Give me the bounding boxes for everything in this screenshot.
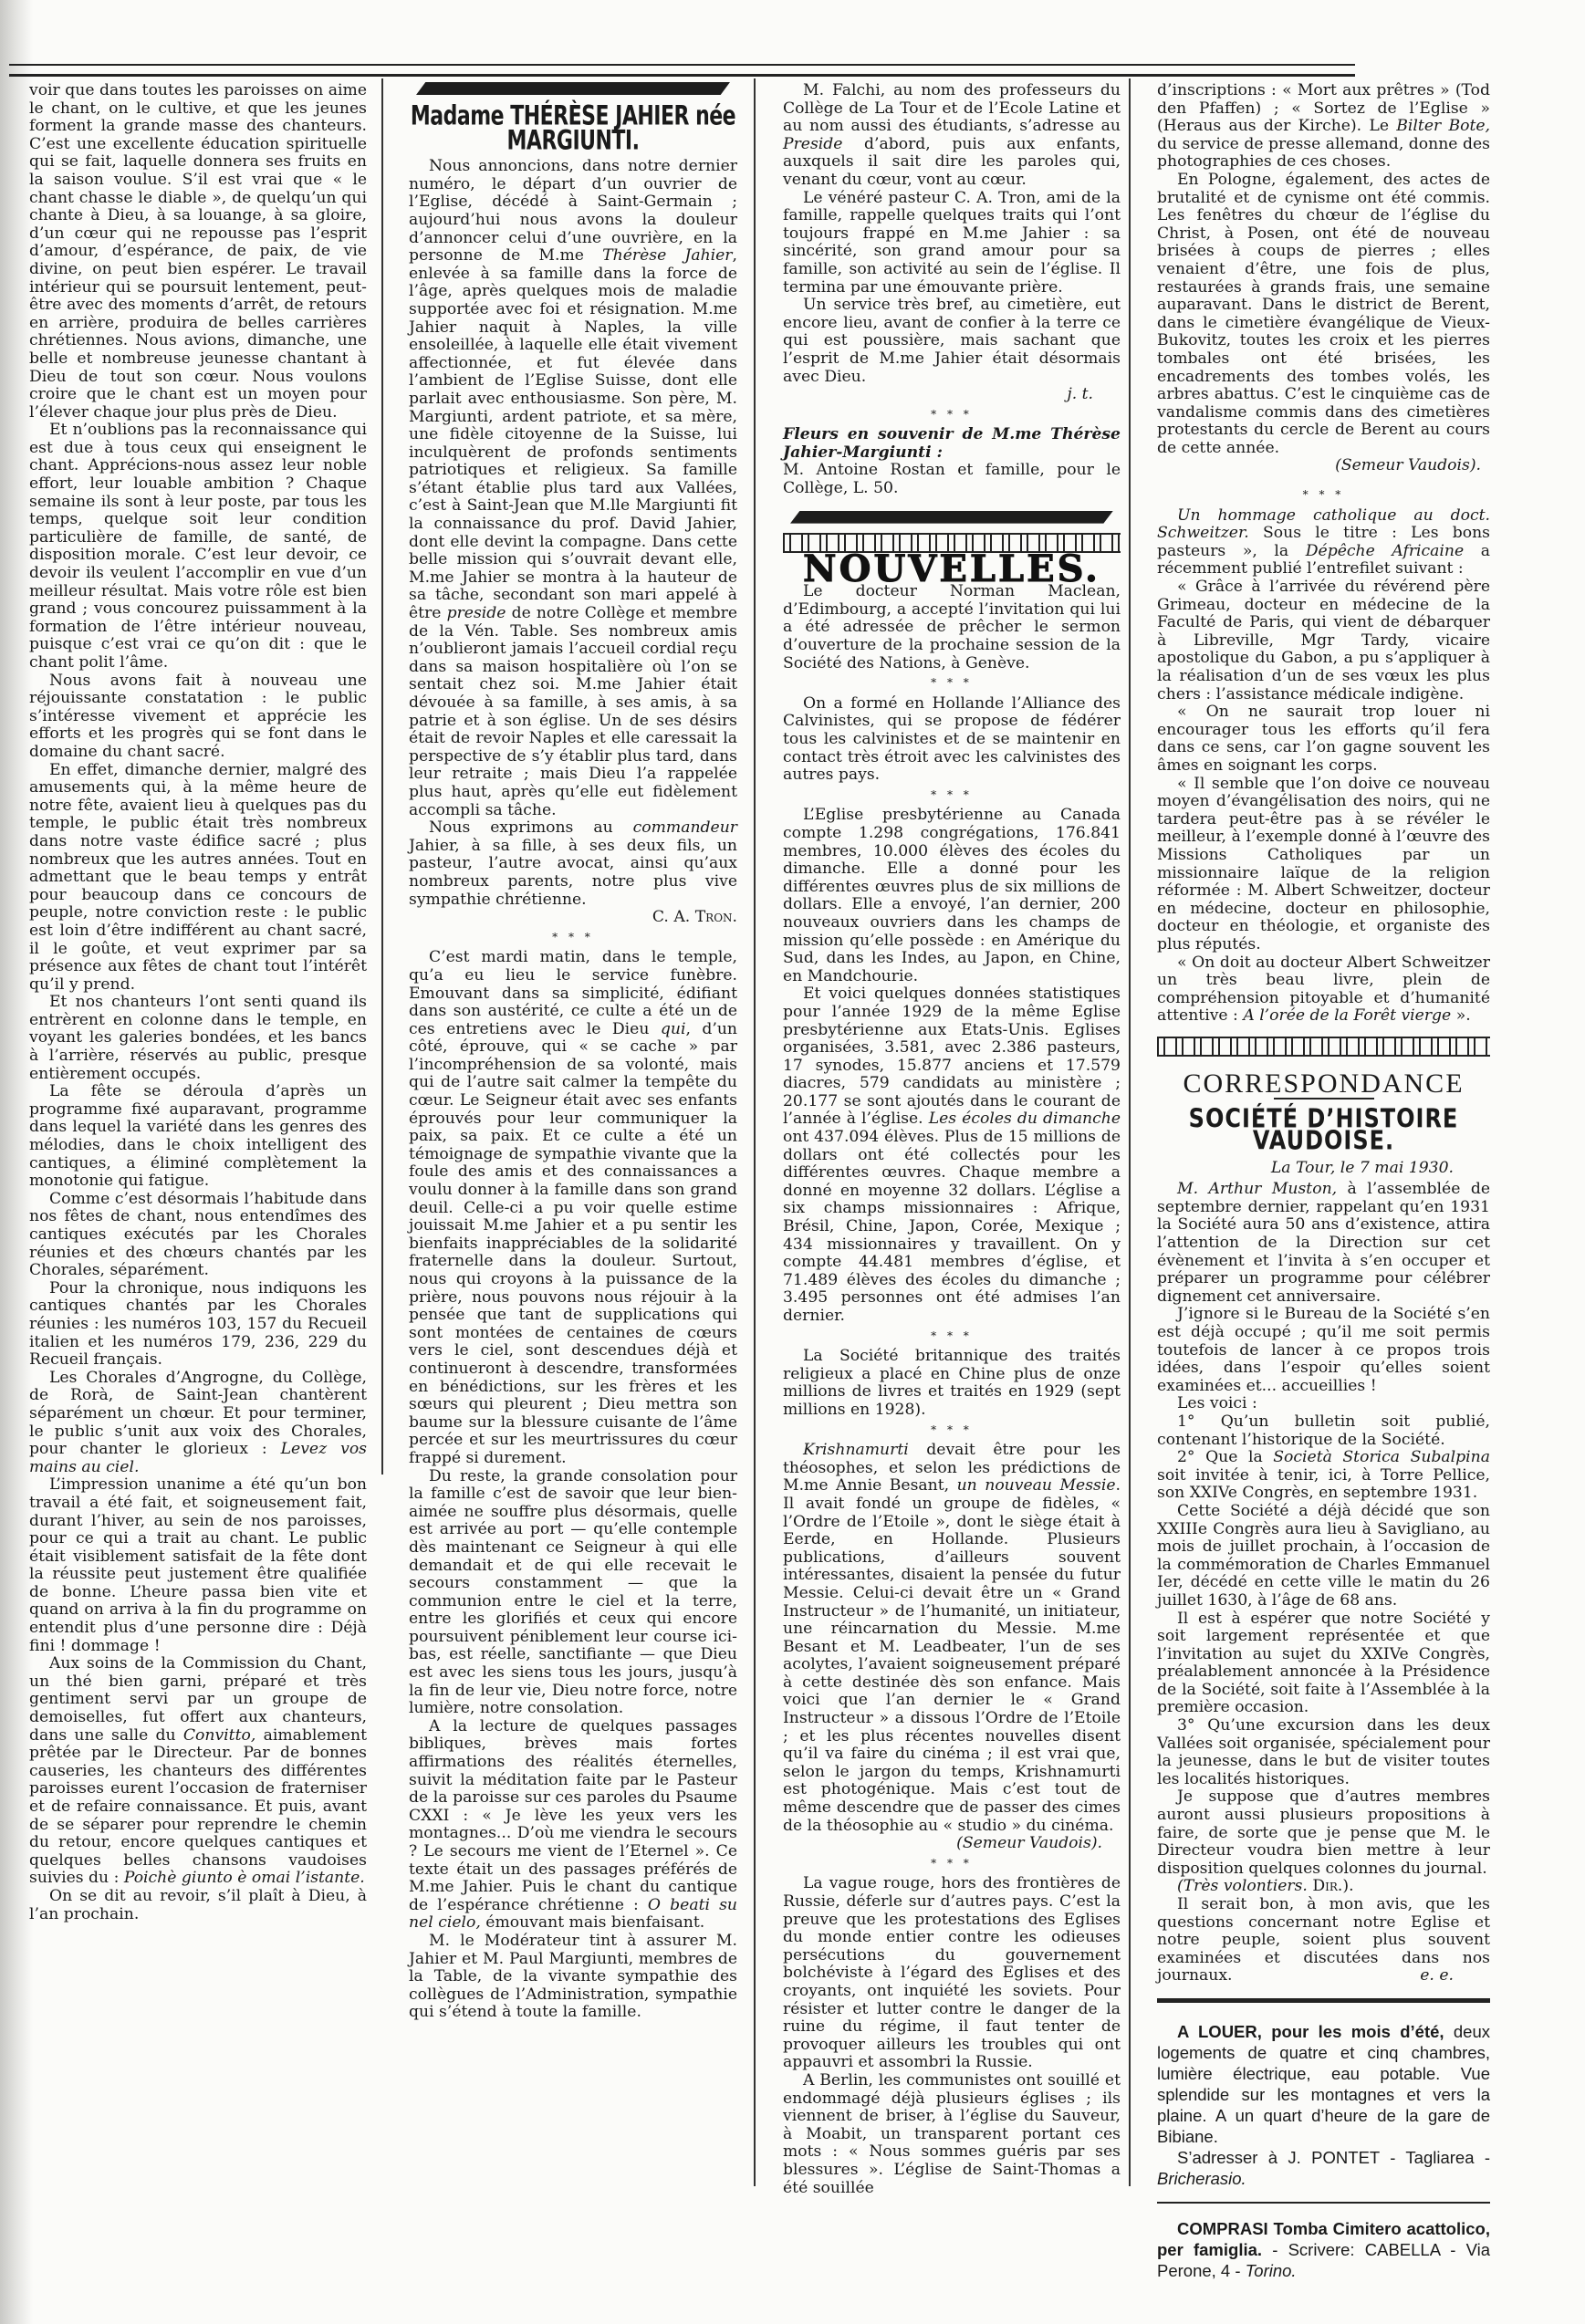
paragraph: On se dit au revoir, s’il plaît à Dieu, … xyxy=(29,1888,367,1923)
news-item: L’Eglise presbytérienne au Canada compte… xyxy=(783,807,1121,985)
quote-paragraph: « On ne saurait trop louer ni encourager… xyxy=(1157,703,1490,775)
quote-paragraph: « Il semble que l’on doive ce nouveau mo… xyxy=(1157,776,1490,954)
quote-paragraph: « On doit au docteur Albert Schweitzer u… xyxy=(1157,954,1490,1026)
scan-edge-shadow xyxy=(0,0,33,2324)
column-4-correspondance: d’inscriptions : « Mort aux prêtres » (T… xyxy=(1157,82,1490,2281)
news-item: La Société britannique des traités relig… xyxy=(783,1348,1121,1419)
text: ont 437.094 élèves. Plus de 15 millions … xyxy=(783,1128,1121,1325)
text: M. Falchi, au nom des professeurs du Col… xyxy=(783,81,1121,135)
society-heading: SOCIÉTÉ D’HISTOIRE VAUDOISE. xyxy=(1157,1110,1490,1152)
paragraph: Comme c’est désormais l’habitude dans no… xyxy=(29,1191,367,1280)
signature: j. t. xyxy=(783,386,1121,404)
paragraph: A la lecture de quelques passages bibliq… xyxy=(409,1718,737,1933)
column-3-nouvelles: M. Falchi, au nom des professeurs du Col… xyxy=(783,82,1121,2197)
paragraph: Un hommage catholique au doct. Schweitze… xyxy=(1157,507,1490,578)
paragraph: voir que dans toutes les paroisses on ai… xyxy=(29,82,367,422)
paragraph: Et n’oublions pas la reconnaissance qui … xyxy=(29,422,367,672)
dateline: La Tour, le 7 mai 1930. xyxy=(1157,1160,1490,1178)
news-item: Le docteur Norman Maclean, d’Edimbourg, … xyxy=(783,583,1121,672)
news-item: Et voici quelques données statistiques p… xyxy=(783,985,1121,1325)
page-top-rule xyxy=(9,64,1355,77)
asterism-separator: * * * xyxy=(783,1422,1121,1440)
asterism-separator: * * * xyxy=(783,787,1121,805)
letter-paragraph: Cette Société a déjà décidé que son XXII… xyxy=(1157,1503,1490,1610)
society-name: Società Storica Subalpina xyxy=(1273,1448,1490,1466)
asterism-separator: * * * xyxy=(1157,486,1490,505)
quote-paragraph: « Grâce à l’arrivée du révérend père Gri… xyxy=(1157,578,1490,703)
paragraph: L’impression unanime a été qu’un bon tra… xyxy=(29,1476,367,1655)
place-name: Torino. xyxy=(1246,2261,1297,2280)
paragraph: Nous avons fait à nouveau une réjouissan… xyxy=(29,672,367,762)
column-divider-3 xyxy=(1129,78,1131,2186)
text: , enlevée à sa famille dans la force de … xyxy=(409,246,737,622)
news-item: A Berlin, les communistes ont souillé et… xyxy=(783,2072,1121,2197)
classified-ad-tomb: COMPRASI Tomba Cimitero acattolico, per … xyxy=(1157,2218,1490,2281)
paragraph: Nous exprimons au commandeur Jahier, à s… xyxy=(409,819,737,909)
asterism-separator: * * * xyxy=(783,406,1121,424)
section-rule xyxy=(1157,1998,1490,2003)
column-1-chant-article: voir que dans toutes les paroisses on ai… xyxy=(29,82,367,1923)
column-divider-1 xyxy=(381,78,383,1475)
text: Et voici quelques données statistiques p… xyxy=(783,985,1121,1128)
asterism-separator: * * * xyxy=(783,674,1121,693)
term: Preside xyxy=(783,135,842,153)
paragraph: La fête se déroula d’après un programme … xyxy=(29,1083,367,1191)
flowers-heading: Fleurs en souvenir de M.me Thérèse Jahie… xyxy=(783,426,1121,462)
text: Jahier, à sa fille, à ses deux fils, un … xyxy=(409,837,737,909)
term: commandeur xyxy=(633,818,737,837)
letter-paragraph: 3° Qu’une excursion dans les deux Vallée… xyxy=(1157,1717,1490,1788)
text: de notre Collège et membre de la Vén. Ta… xyxy=(409,604,737,819)
paragraph: Aux soins de la Commission du Chant, un … xyxy=(29,1655,367,1888)
emphasis: Les écoles du dimanche xyxy=(929,1110,1121,1128)
emphasis: un nouveau Messie xyxy=(957,1476,1116,1495)
signature: C. A. Tron. xyxy=(409,909,737,927)
emphasis: qui xyxy=(661,1020,686,1038)
asterism-separator: * * * xyxy=(409,929,737,947)
letter-paragraph: Il serait bon, à mon avis, que les quest… xyxy=(1157,1896,1490,1985)
source-credit: (Semeur Vaudois). xyxy=(1157,457,1490,475)
paragraph: Un service très bref, au cimetière, eut … xyxy=(783,297,1121,386)
letter-paragraph: 1° Qu’un bulletin soit publié, contenant… xyxy=(1157,1413,1490,1449)
ornamental-border xyxy=(1157,1037,1490,1057)
text: S’adresser à J. PONTET - Tagliarea - xyxy=(1177,2148,1490,2167)
signature: e. e. xyxy=(1400,1967,1490,1985)
source-credit: (Semeur Vaudois). xyxy=(783,1835,1121,1853)
paragraph: Du reste, la grande consolation pour la … xyxy=(409,1468,737,1718)
term: preside xyxy=(447,604,506,622)
publication-name: Bilter Bote, xyxy=(1396,117,1490,135)
letter-paragraph: J’ignore si le Bureau de la Société s’en… xyxy=(1157,1306,1490,1395)
letter-paragraph: Je suppose que d’autres membres auront a… xyxy=(1157,1788,1490,1878)
paragraph: C’est mardi matin, dans le temple, qu’a … xyxy=(409,949,737,1467)
column-divider-2 xyxy=(754,78,756,2186)
asterism-separator: * * * xyxy=(783,1855,1121,1873)
ad-body: COMPRASI Tomba Cimitero acattolico, per … xyxy=(1157,2218,1490,2281)
ad-headline: A LOUER, pour les mois d’été, xyxy=(1177,2022,1444,2041)
classified-ad-rental: A LOUER, pour les mois d’été, deux logem… xyxy=(1157,2021,1490,2189)
flowers-entry: M. Antoine Rostan et famille, pour le Co… xyxy=(783,462,1121,497)
place-name: Bricherasio. xyxy=(1157,2169,1246,2188)
text: soit invitée à tenir, ici, à Torre Pelli… xyxy=(1157,1466,1490,1503)
paragraph: Nous annoncions, dans notre dernier numé… xyxy=(409,158,737,819)
text: , d’un côté, éprouve, qui « se cache » p… xyxy=(409,1020,737,1467)
letter-paragraph: 2° Que la Società Storica Subalpina soit… xyxy=(1157,1449,1490,1503)
letter-paragraph: Les voici : xyxy=(1157,1395,1490,1413)
letter-paragraph: Il est à espérer que notre Société y soi… xyxy=(1157,1610,1490,1718)
column-2-obituary: Madame THÉRÈSE JAHIER née MARGIUNTI. Nou… xyxy=(409,82,737,2022)
name: Krishnamurti xyxy=(803,1441,909,1459)
text: émouvant mais bienfaisant. xyxy=(481,1913,704,1932)
name: Thérèse Jahier xyxy=(602,246,732,265)
paragraph: En Pologne, également, des actes de brut… xyxy=(1157,172,1490,458)
paragraph: Les Chorales d’Angrogne, du Collège, de … xyxy=(29,1370,367,1477)
obituary-headline: Madame THÉRÈSE JAHIER née MARGIUNTI. xyxy=(409,105,737,153)
text: à l’assemblée de septembre dernier, rapp… xyxy=(1157,1180,1490,1306)
hymn-title: Poichè giunto è omai l’istante. xyxy=(124,1869,365,1887)
paragraph: En effet, dimanche dernier, malgré des a… xyxy=(29,762,367,995)
section-heading-nouvelles: NOUVELLES. xyxy=(783,560,1121,578)
paragraph: Le vénéré pasteur C. A. Tron, ami de la … xyxy=(783,190,1121,297)
ad-contact: S’adresser à J. PONTET - Tagliarea - Bri… xyxy=(1157,2147,1490,2189)
text: ». xyxy=(1451,1006,1470,1025)
name: M. Arthur Muston, xyxy=(1177,1180,1337,1198)
news-item: Krishnamurti devait être pour les théoso… xyxy=(783,1442,1121,1835)
book-title: A l’orée de la Forêt vierge xyxy=(1243,1006,1451,1025)
place-name: Convitto, xyxy=(183,1726,255,1745)
black-banner-rule xyxy=(416,82,730,95)
black-banner-rule xyxy=(790,511,1113,524)
publication-name: Dépêche Africaine xyxy=(1306,542,1464,560)
text: Nous exprimons au xyxy=(429,818,633,837)
asterism-separator: * * * xyxy=(783,1328,1121,1346)
paragraph: M. Falchi, au nom des professeurs du Col… xyxy=(783,82,1121,190)
text: du service de presse allemand, donne des… xyxy=(1157,135,1490,172)
paragraph: M. le Modérateur tint à assurer M. Jahie… xyxy=(409,1933,737,2022)
text: 2° Que la xyxy=(1177,1448,1273,1466)
text: (Très volontiers. xyxy=(1177,1877,1308,1895)
text: aimablement prêtée par le Directeur. Par… xyxy=(29,1726,367,1888)
text: A la lecture de quelques passages bibliq… xyxy=(409,1717,737,1914)
letter-paragraph: M. Arthur Muston, à l’assemblée de septe… xyxy=(1157,1181,1490,1306)
section-rule xyxy=(1157,2202,1490,2204)
ad-body: A LOUER, pour les mois d’été, deux logem… xyxy=(1157,2021,1490,2147)
paragraph: Pour la chronique, nous indiquons les ca… xyxy=(29,1280,367,1370)
editor-note: (Très volontiers. Dir.). xyxy=(1157,1878,1490,1896)
section-heading-correspondance: CORRESPONDANCE xyxy=(1157,1075,1490,1093)
text: Dir.). xyxy=(1308,1877,1354,1895)
paragraph: d’inscriptions : « Mort aux prêtres » (T… xyxy=(1157,82,1490,172)
paragraph: Et nos chanteurs l’ont senti quand ils e… xyxy=(29,994,367,1083)
news-item: La vague rouge, hors des frontières de R… xyxy=(783,1875,1121,2072)
news-item: On a formé en Hollande l’Alliance des Ca… xyxy=(783,695,1121,785)
text: . Il avait fondé un groupe de fidèles, «… xyxy=(783,1476,1121,1834)
